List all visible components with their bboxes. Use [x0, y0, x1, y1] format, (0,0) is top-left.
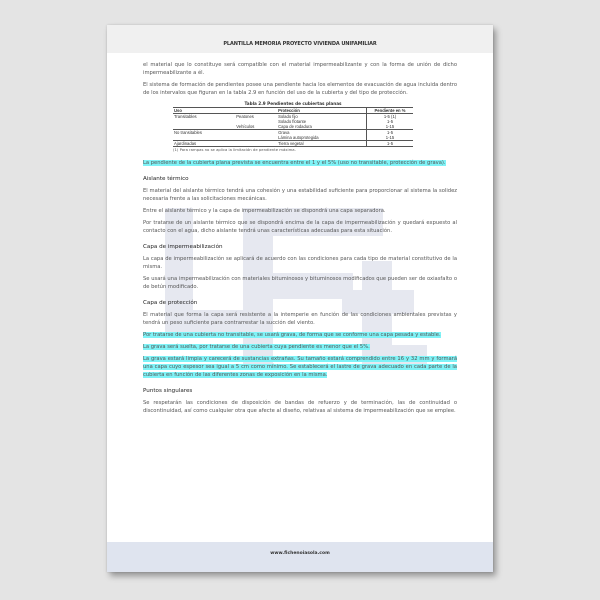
paragraph: El sistema de formación de pendientes po…	[143, 81, 457, 97]
paragraph: el material que lo constituye será compa…	[143, 61, 457, 77]
paragraph: La capa de impermeabilización se aplicar…	[143, 255, 457, 271]
table-note: (1) Para rampas no se aplica la limitaci…	[173, 147, 457, 153]
heading-puntos-singulares: Puntos singulares	[143, 387, 457, 395]
table-row: Ajardinadas Tierra vegetal 1-5	[173, 141, 413, 147]
heading-capa-impermeabilizacion: Capa de impermeabilización	[143, 243, 457, 251]
paragraph: Entre el aislante térmico y la capa de i…	[143, 207, 457, 215]
highlighted-paragraph: La grava será suelta, por tratarse de un…	[143, 344, 370, 350]
paragraph: Por tratarse de un aislante térmico que …	[143, 219, 457, 235]
paragraph: El material que forma la capa será resis…	[143, 311, 457, 327]
highlighted-paragraph: La pendiente de la cubierta plana previs…	[143, 160, 446, 166]
highlighted-paragraph: Por tratarse de una cubierta no transita…	[143, 332, 441, 338]
slope-table: Tabla 2.9 Pendientes de cubiertas planas…	[143, 101, 457, 153]
paragraph: Se usará una impermeabilización con mate…	[143, 275, 457, 291]
heading-aislante-termico: Aislante térmico	[143, 175, 457, 183]
document-page: PLANTILLA MEMORIA PROYECTO VIVIENDA UNIF…	[107, 25, 493, 572]
document-body: el material que lo constituye será compa…	[143, 61, 457, 415]
highlighted-paragraph: La grava estará limpia y carecerá de sus…	[143, 356, 457, 378]
header-title: PLANTILLA MEMORIA PROYECTO VIVIENDA UNIF…	[107, 41, 493, 47]
paragraph: Se respetarán las condiciones de disposi…	[143, 399, 457, 415]
paragraph: El material del aislante térmico tendrá …	[143, 187, 457, 203]
page-footer: www.fichenoiasola.com	[107, 542, 493, 572]
page-header: PLANTILLA MEMORIA PROYECTO VIVIENDA UNIF…	[107, 25, 493, 53]
heading-capa-proteccion: Capa de protección	[143, 299, 457, 307]
footer-url: www.fichenoiasola.com	[107, 551, 493, 556]
